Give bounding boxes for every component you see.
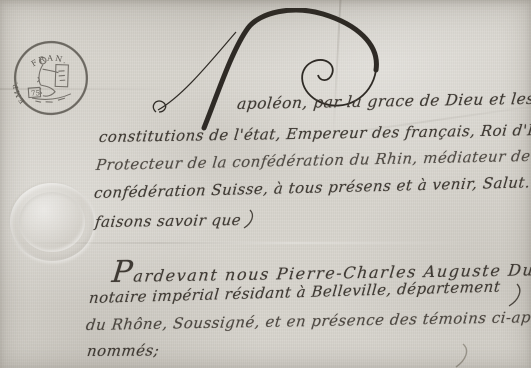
manuscript-line-9: nommés; (86, 342, 160, 360)
manuscript-line-1: Napoléon, par la grace de Dieu et les (236, 91, 531, 114)
stamp-top-label: FRAN. (29, 52, 70, 69)
stamp-value-label: 75 (31, 88, 41, 98)
revenue-stamp-icon: FRAN. EMP. 75 (9, 35, 92, 120)
manuscript-line-8: du Rhône, Soussigné, et en présence des … (85, 309, 531, 334)
paraph-flourish-icon (448, 342, 478, 368)
manuscript-line-4: confédération Suisse, à tous présens et … (93, 174, 531, 202)
manuscript-line-3: Protecteur de la confédération du Rhin, … (95, 147, 531, 174)
paraph-flourish-icon (240, 208, 262, 230)
manuscript-page: FRAN. EMP. 75 Napoléon, par la grace (0, 0, 531, 368)
embossed-seal (10, 183, 94, 261)
paraph-flourish-icon (505, 282, 531, 308)
manuscript-line-5: faisons savoir que (94, 212, 242, 231)
calligraphic-initial-n-icon (148, 8, 398, 136)
manuscript-line-1-text: apoléon, par la grace de Dieu et les (236, 90, 531, 113)
